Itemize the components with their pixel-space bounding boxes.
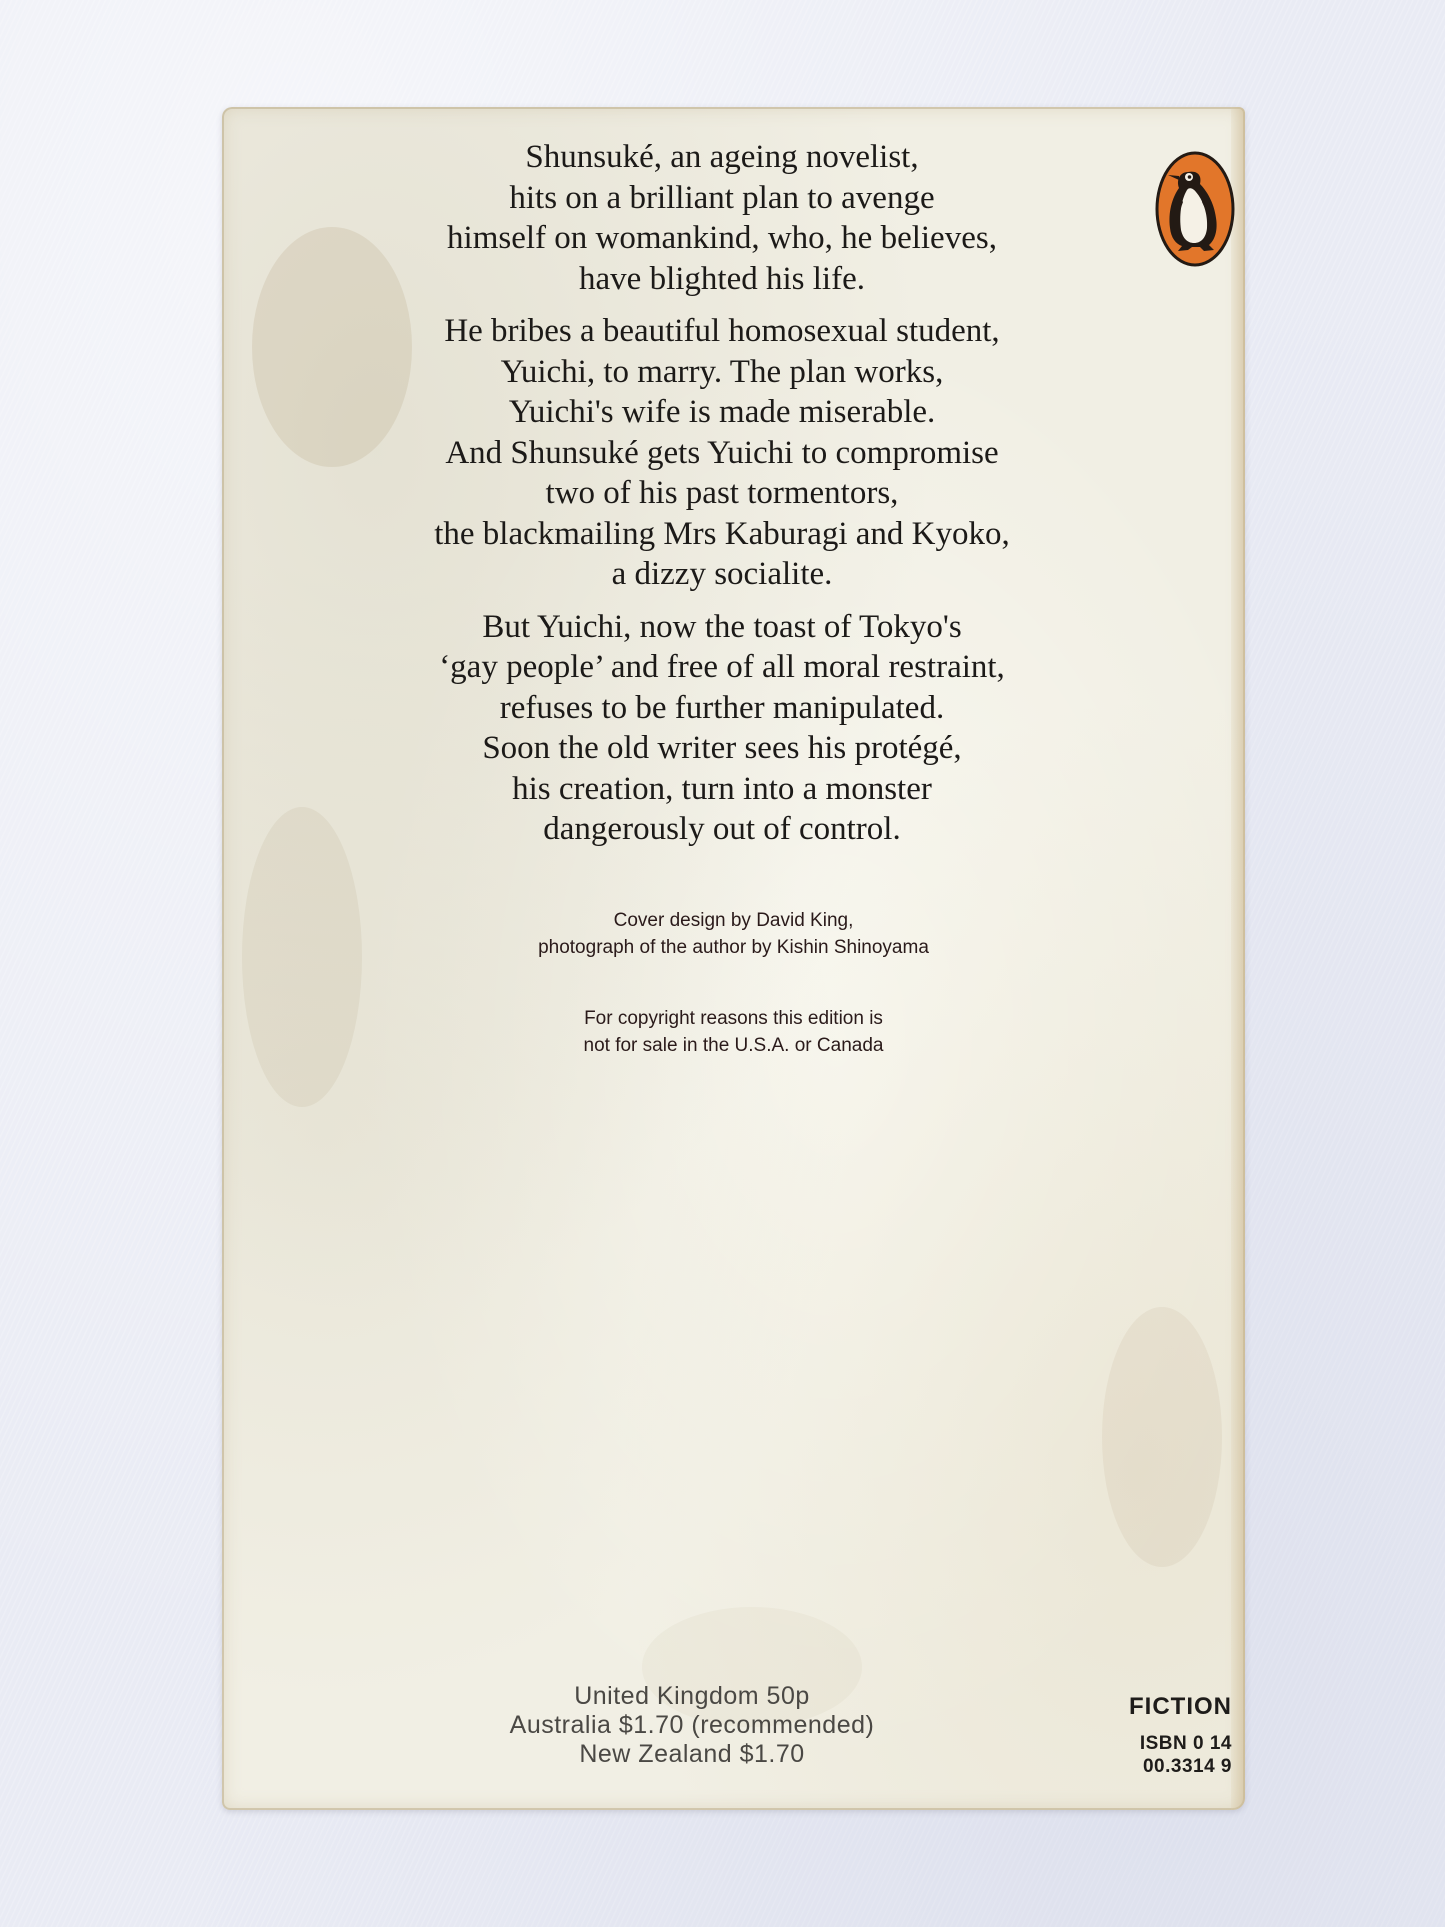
blurb-line: the blackmailing Mrs Kaburagi and Kyoko, (282, 514, 1162, 555)
isbn-line: ISBN 0 14 (1092, 1732, 1232, 1755)
price-uk: United Kingdom 50p (412, 1682, 972, 1711)
copyright-line: For copyright reasons this edition is (222, 1005, 1245, 1032)
blurb-line: a dizzy socialite. (282, 554, 1162, 595)
blurb-line: Yuichi's wife is made miserable. (282, 392, 1162, 433)
book-back-cover: Shunsuké, an ageing novelist, hits on a … (222, 107, 1245, 1810)
blurb-line: two of his past tormentors, (282, 473, 1162, 514)
copyright-line: not for sale in the U.S.A. or Canada (222, 1032, 1245, 1059)
genre-label: FICTION (1092, 1692, 1232, 1722)
blurb-line: Shunsuké, an ageing novelist, (282, 137, 1162, 178)
price-new-zealand: New Zealand $1.70 (412, 1740, 972, 1769)
blurb-paragraph-1: Shunsuké, an ageing novelist, hits on a … (282, 137, 1162, 299)
blurb-line: refuses to be further manipulated. (282, 688, 1162, 729)
blurb-line: He bribes a beautiful homosexual student… (282, 311, 1162, 352)
blurb-paragraph-3: But Yuichi, now the toast of Tokyo's ‘ga… (282, 607, 1162, 850)
penguin-icon (1154, 150, 1236, 268)
blurb-line: And Shunsuké gets Yuichi to compromise (282, 433, 1162, 474)
classification-block: FICTION ISBN 0 14 00.3314 9 (1092, 1692, 1232, 1778)
isbn-line: 00.3314 9 (1092, 1755, 1232, 1778)
blurb-line: dangerously out of control. (282, 809, 1162, 850)
blurb-line: But Yuichi, now the toast of Tokyo's (282, 607, 1162, 648)
blurb-text: Shunsuké, an ageing novelist, hits on a … (282, 137, 1162, 862)
blurb-paragraph-2: He bribes a beautiful homosexual student… (282, 311, 1162, 595)
blurb-line: ‘gay people’ and free of all moral restr… (282, 647, 1162, 688)
blurb-line: hits on a brilliant plan to avenge (282, 178, 1162, 219)
stain (1102, 1307, 1222, 1567)
blurb-line: Soon the old writer sees his protégé, (282, 728, 1162, 769)
credit-line: Cover design by David King, (222, 907, 1245, 934)
copyright-notice: For copyright reasons this edition is no… (222, 1005, 1245, 1059)
cover-design-credit: Cover design by David King, photograph o… (222, 907, 1245, 961)
price-australia: Australia $1.70 (recommended) (412, 1711, 972, 1740)
blurb-line: himself on womankind, who, he believes, (282, 218, 1162, 259)
blurb-line: have blighted his life. (282, 259, 1162, 300)
price-list: United Kingdom 50p Australia $1.70 (reco… (412, 1682, 972, 1769)
blurb-line: Yuichi, to marry. The plan works, (282, 352, 1162, 393)
credit-line: photograph of the author by Kishin Shino… (222, 934, 1245, 961)
blurb-line: his creation, turn into a monster (282, 769, 1162, 810)
